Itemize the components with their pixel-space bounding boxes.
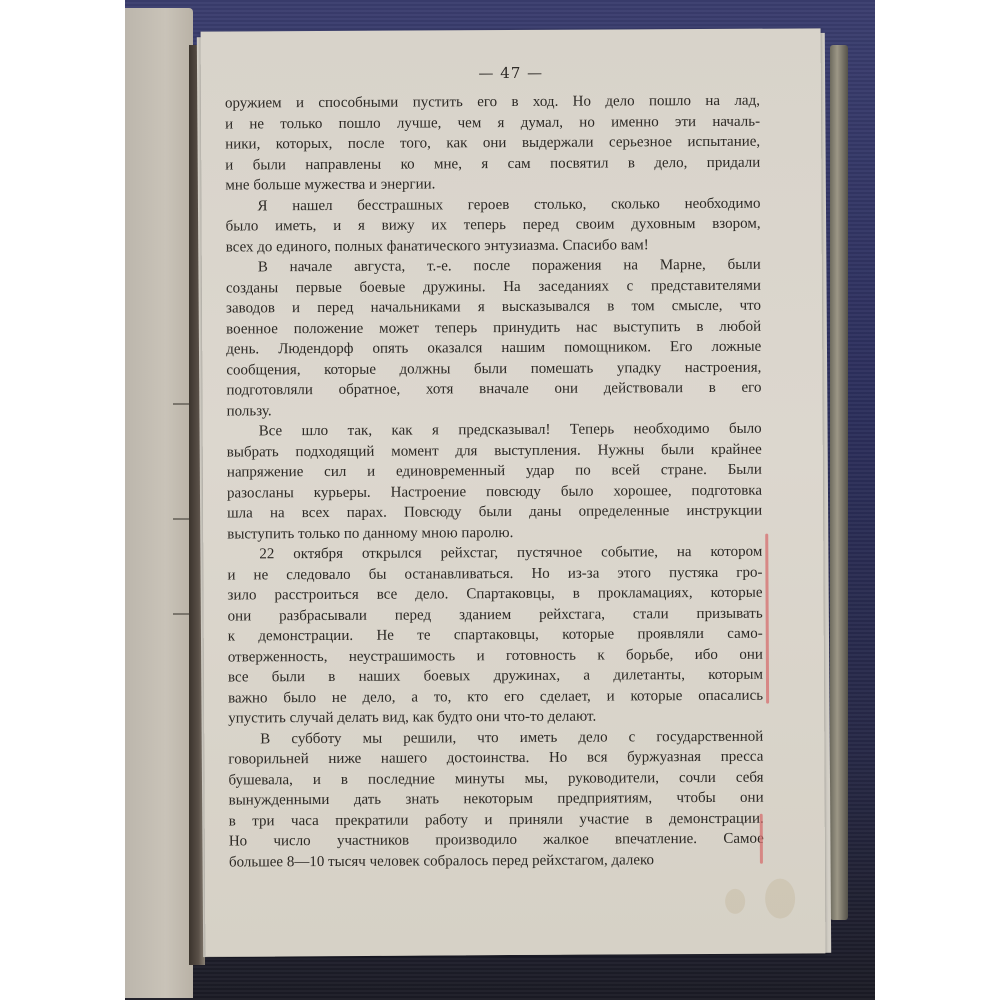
page-number: — 47 —: [201, 62, 821, 83]
text-line: заводов и перед начальниками я высказыва…: [226, 296, 761, 319]
text-line: упустить случай делать вид, как будто он…: [228, 706, 763, 729]
text-line: разосланы курьеры. Настроение повсюду бы…: [227, 480, 762, 503]
text-line: было иметь, и я вижу их теперь перед сво…: [226, 214, 761, 237]
page-stain: [765, 879, 795, 919]
paragraph: В субботу мы решили, что иметь дело с го…: [228, 726, 764, 872]
text-line: пользу.: [227, 398, 762, 421]
paragraph: оружием и способными пустить его в ход. …: [225, 91, 761, 196]
paragraph: 22 октября открылся рейхстаг, пустячное …: [227, 542, 763, 729]
text-line: подготовляли обратное, хотя вначале они …: [226, 378, 761, 401]
page-stain: [725, 889, 745, 914]
body-text: оружием и способными пустить его в ход. …: [225, 91, 764, 873]
paragraph: Все шло так, как я предсказывал! Теперь …: [227, 419, 763, 545]
text-line: военное положение может теперь принудить…: [226, 316, 761, 339]
margin-annotation-mark: [765, 534, 769, 704]
text-line: важно было не дело, а то, кто его сделае…: [228, 685, 763, 708]
text-line: зило расстроиться все дело. Спартаковцы,…: [227, 583, 762, 606]
text-line: мне больше мужества и энергии.: [225, 173, 760, 196]
text-line: и не только пошло лучше, чем я думал, но…: [225, 111, 760, 134]
text-line: они разбрасывали перед зданием рейхстага…: [228, 603, 763, 626]
text-line: В начале августа, т.-е. после поражения …: [226, 255, 761, 278]
text-line: большее 8—10 тысяч человек собралось пер…: [229, 849, 764, 872]
paragraph: В начале августа, т.-е. после поражения …: [226, 255, 762, 422]
text-line: к демонстрации. Не те спартаковцы, котор…: [228, 624, 763, 647]
text-line: 22 октября открылся рейхстаг, пустячное …: [227, 542, 762, 565]
text-line: ники, которых, после того, как они выдер…: [225, 132, 760, 155]
margin-annotation-mark: [760, 814, 763, 864]
text-line: выступить только по данному мною паролю.: [227, 521, 762, 544]
text-line: отверженность, неустрашимость и готовнос…: [228, 644, 763, 667]
text-line: все были в наших боевых дружинах, а диле…: [228, 665, 763, 688]
text-line: всех до единого, полных фанатического эн…: [226, 234, 761, 257]
text-line: говорильней ниже нашего достоинства. Но …: [228, 747, 763, 770]
text-line: и не следовало бы останавливаться. Но из…: [227, 562, 762, 585]
text-line: шла на всех парах. Повсюду были даны опр…: [227, 501, 762, 524]
text-line: Я нашел бесстрашных героев столько, скол…: [225, 193, 760, 216]
text-line: Все шло так, как я предсказывал! Теперь …: [227, 419, 762, 442]
text-line: бушевала, и в последние минуты мы, руков…: [228, 767, 763, 790]
text-line: сообщения, которые должны были помешать …: [226, 357, 761, 380]
paragraph: Я нашел бесстрашных героев столько, скол…: [225, 193, 760, 257]
text-line: и были направлены ко мне, я сам посвятил…: [225, 152, 760, 175]
book-photo: — 47 — оружием и способными пустить его …: [125, 0, 875, 1000]
text-line: напряжение сил и единовременный удар по …: [227, 460, 762, 483]
text-line: выбрать подходящий момент для выступлени…: [227, 439, 762, 462]
text-line: созданы первые боевые дружины. На заседа…: [226, 275, 761, 298]
text-line: вынужденными дать знать некоторым предпр…: [229, 788, 764, 811]
text-line: В субботу мы решили, что иметь дело с го…: [228, 726, 763, 749]
text-line: Но число участников производило жалкое в…: [229, 829, 764, 852]
text-line: день. Людендорф опять оказался нашим пом…: [226, 337, 761, 360]
text-line: в три часа прекратили работу и приняли у…: [229, 808, 764, 831]
book-cover-edge: [830, 45, 848, 920]
text-line: оружием и способными пустить его в ход. …: [225, 91, 760, 114]
book-page: — 47 — оружием и способными пустить его …: [201, 28, 826, 956]
left-page-edge: [125, 8, 193, 998]
